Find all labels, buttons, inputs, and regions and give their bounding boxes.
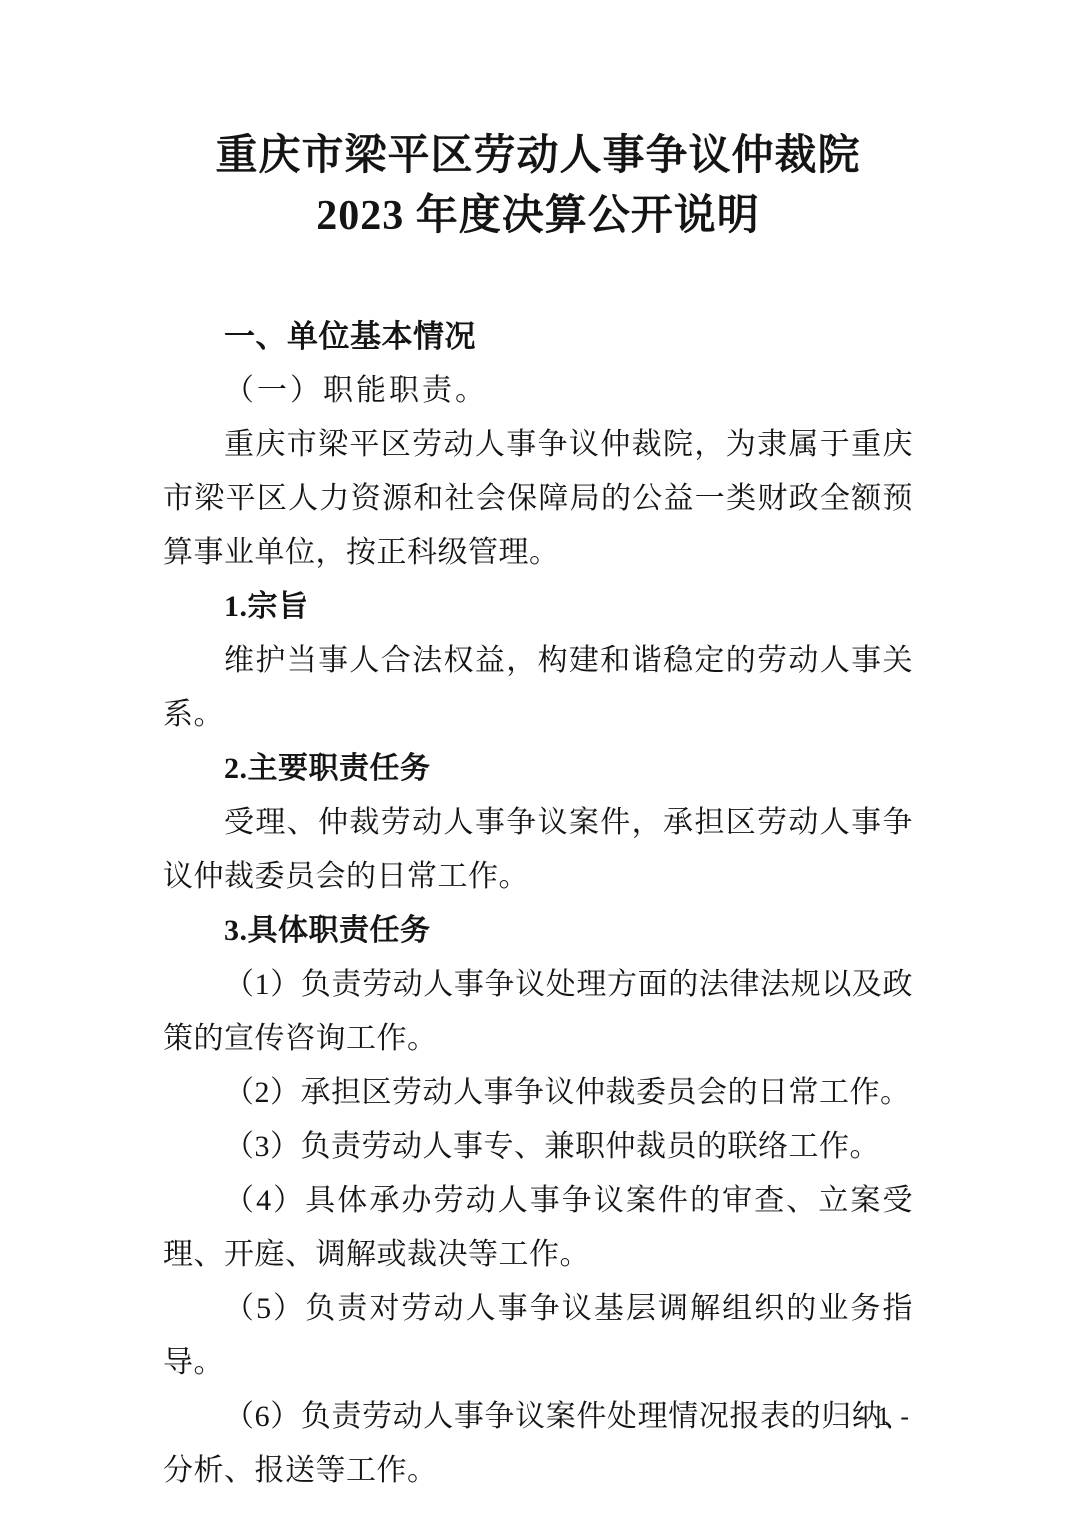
item-heading-specific-duties: 3.具体职责任务 bbox=[163, 904, 913, 958]
document-title-line1: 重庆市梁平区劳动人事争议仲裁院 bbox=[163, 126, 913, 186]
task-item-3: （3）负责劳动人事专、兼职仲裁员的联络工作。 bbox=[163, 1120, 913, 1174]
item-heading-purpose: 1.宗旨 bbox=[163, 580, 913, 634]
document-content: 重庆市梁平区劳动人事争议仲裁院 2023 年度决算公开说明 一、单位基本情况 （… bbox=[163, 126, 913, 1498]
task-item-6: （6）负责劳动人事争议案件处理情况报表的归纳、分析、报送等工作。 bbox=[163, 1390, 913, 1498]
purpose-paragraph: 维护当事人合法权益，构建和谐稳定的劳动人事关系。 bbox=[163, 634, 913, 742]
document-title: 重庆市梁平区劳动人事争议仲裁院 2023 年度决算公开说明 bbox=[163, 126, 913, 246]
document-page: 重庆市梁平区劳动人事争议仲裁院 2023 年度决算公开说明 一、单位基本情况 （… bbox=[0, 0, 1069, 1515]
task-item-5: （5）负责对劳动人事争议基层调解组织的业务指导。 bbox=[163, 1282, 913, 1390]
intro-paragraph: 重庆市梁平区劳动人事争议仲裁院，为隶属于重庆市梁平区人力资源和社会保障局的公益一… bbox=[163, 418, 913, 580]
item-heading-main-duties: 2.主要职责任务 bbox=[163, 742, 913, 796]
main-duties-paragraph: 受理、仲裁劳动人事争议案件，承担区劳动人事争议仲裁委员会的日常工作。 bbox=[163, 796, 913, 904]
task-item-1: （1）负责劳动人事争议处理方面的法律法规以及政策的宣传咨询工作。 bbox=[163, 958, 913, 1066]
subsection-heading-duties: （一）职能职责。 bbox=[163, 364, 913, 418]
section-heading-basic-info: 一、单位基本情况 bbox=[163, 310, 913, 364]
document-title-line2: 2023 年度决算公开说明 bbox=[163, 186, 913, 246]
task-item-2: （2）承担区劳动人事争议仲裁委员会的日常工作。 bbox=[163, 1066, 913, 1120]
page-number: - 1 - bbox=[858, 1400, 911, 1434]
task-item-4: （4）具体承办劳动人事争议案件的审查、立案受理、开庭、调解或裁决等工作。 bbox=[163, 1174, 913, 1282]
